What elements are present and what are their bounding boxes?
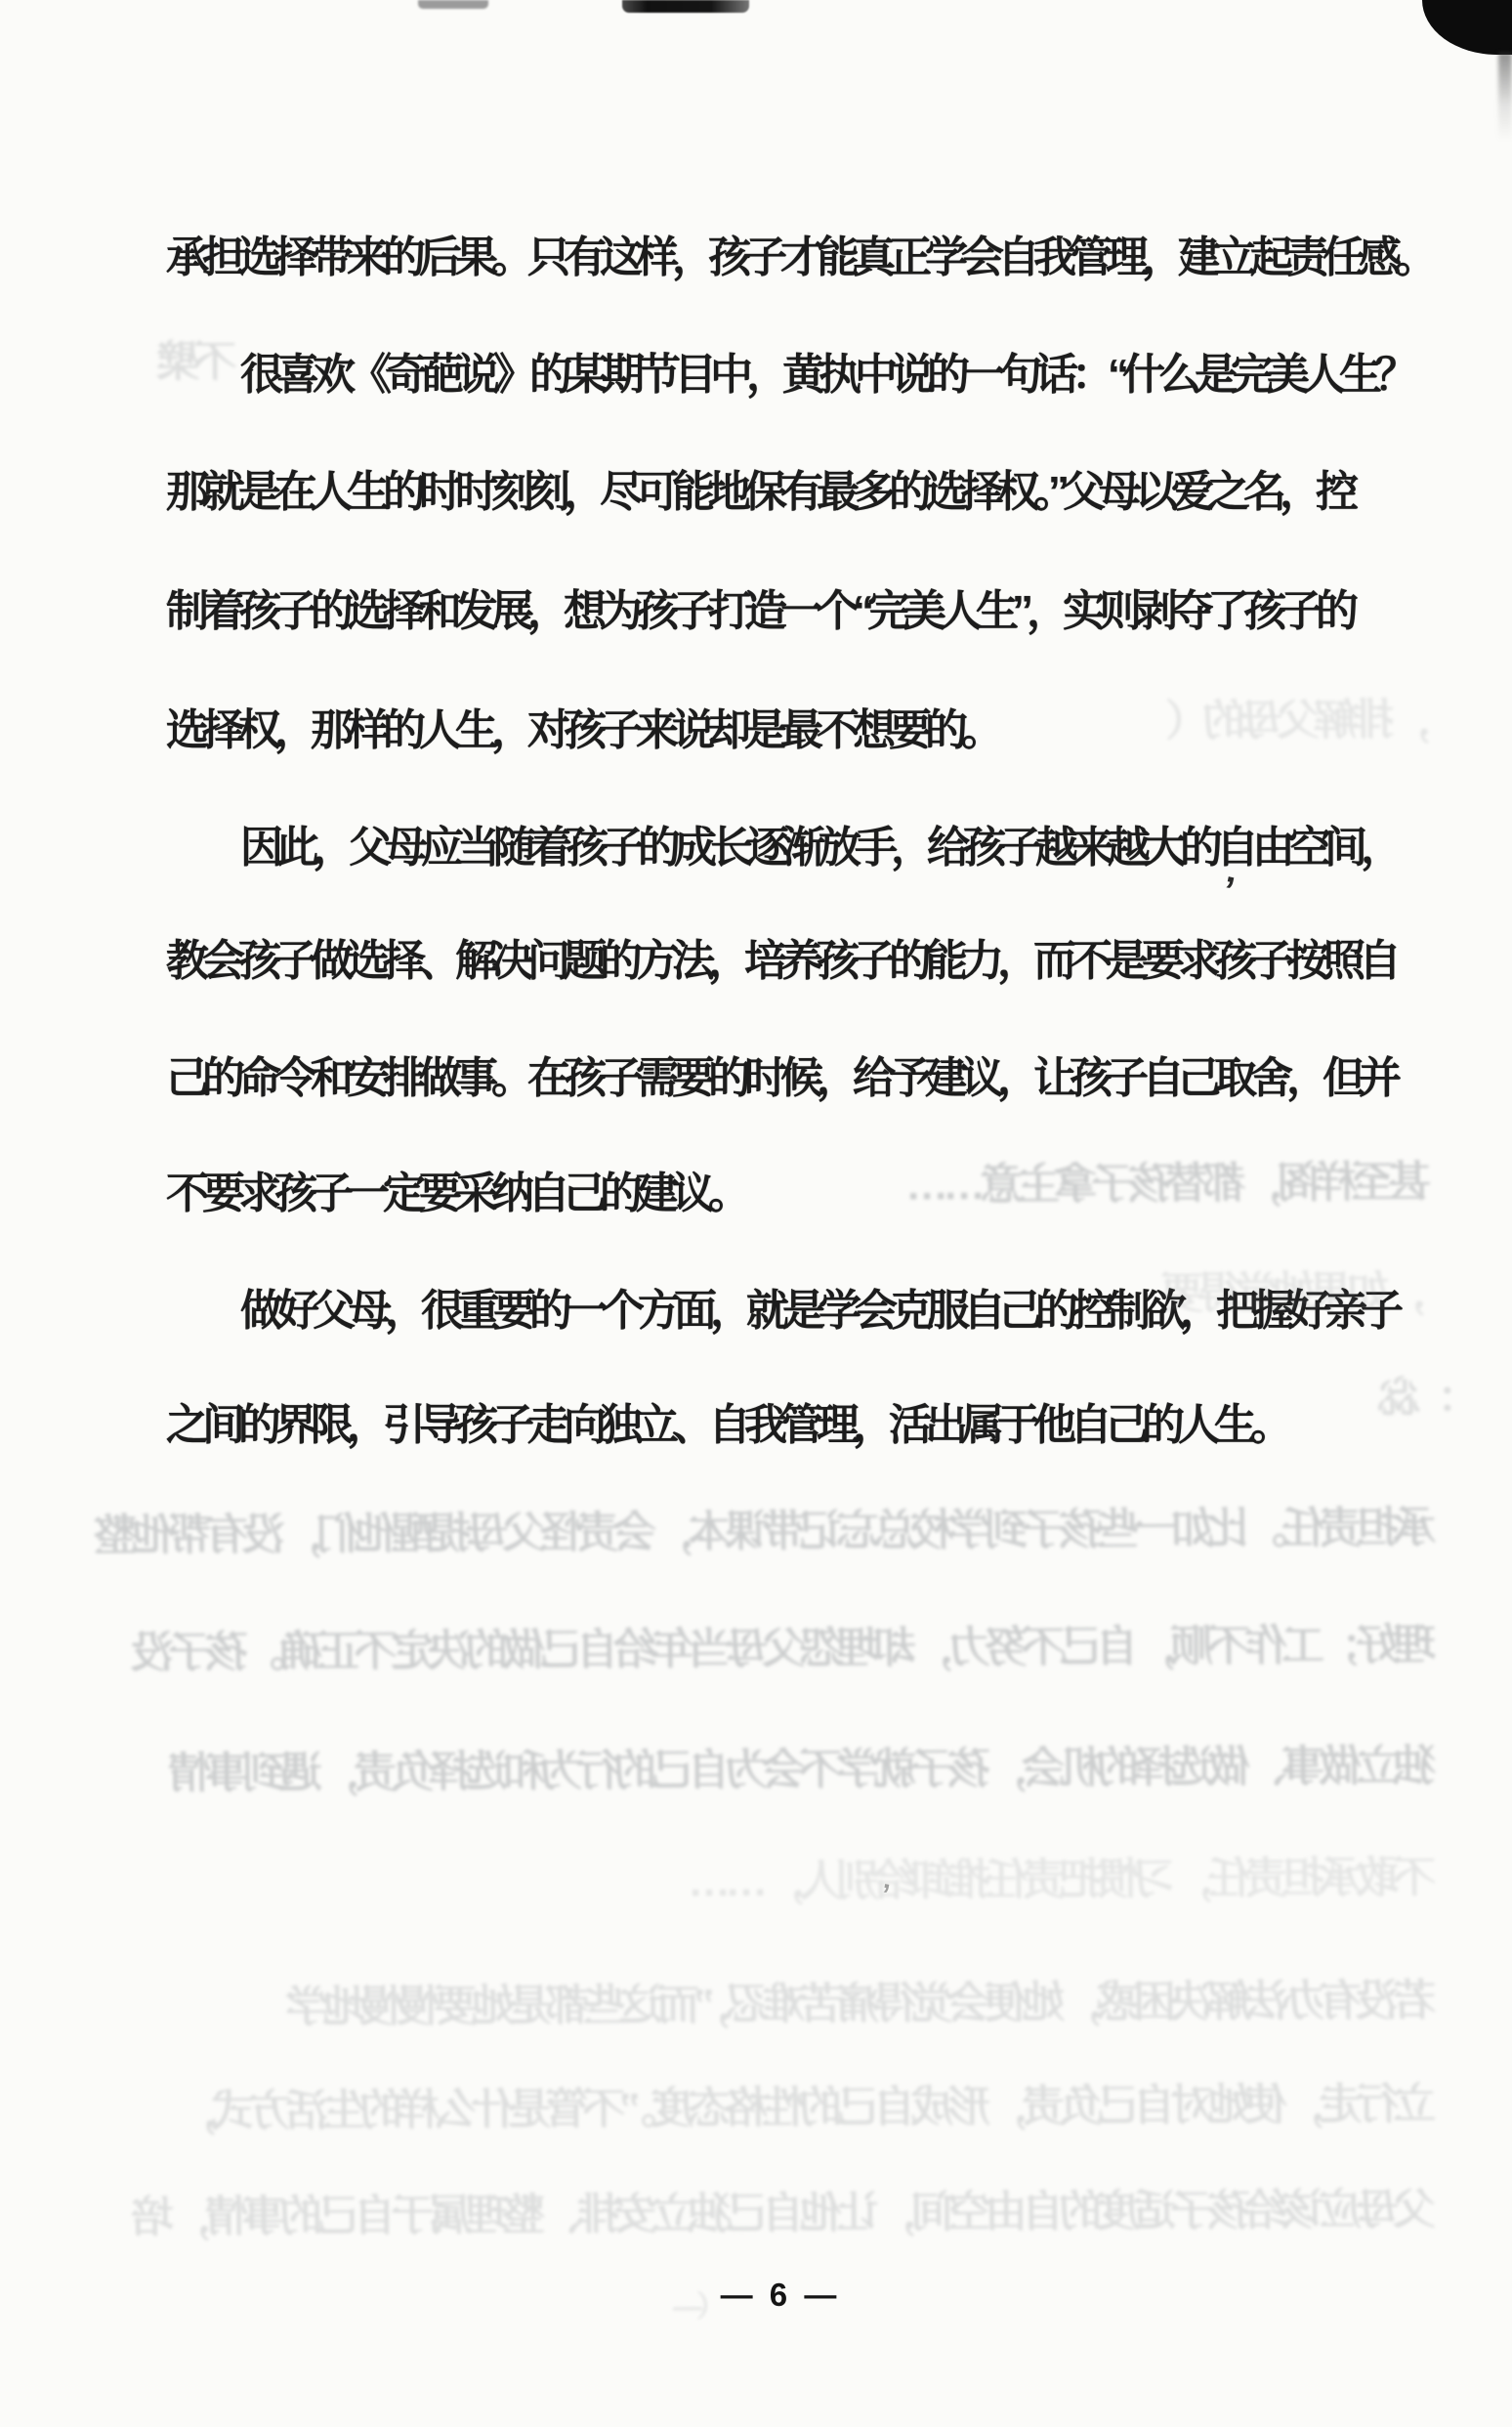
body-line: 很喜欢《奇葩说》的某期节目中，黄执中说的一句话：“什么是完美人生？ <box>240 350 1411 401</box>
body-line: 那就是在人生的时时刻刻，尽可能地保有最多的选择权。”父母以爱之名，控 <box>166 467 1352 518</box>
body-line: 己的命令和安排做事。在孩子需要的时候，给予建议，让孩子自己取舍，但并 <box>166 1053 1395 1104</box>
body-line: 不要求孩子一定要采纳自己的建议。 <box>166 1169 744 1219</box>
scanned-book-page: 承担选择带来的后果。只有这样，孩子才能真正学会自我管理，建立起责任感。 很喜欢《… <box>0 0 1512 2427</box>
bleedthrough-fragment: ，如果她觉得要 <box>1055 1267 1426 1320</box>
bleedthrough-line: 独立做事、做选择的机会，孩子就学不会为自己的行为和选择负责，遇到事情 <box>93 1741 1436 1800</box>
bleedthrough-line: 承担责任。比如一些孩子到学校总忘记带课本，会责怪父母提醒他们，没有帮他整 <box>93 1503 1436 1561</box>
bleedthrough-fragment: ：惢 <box>1321 1373 1457 1425</box>
page-curl-shadow <box>1498 53 1512 141</box>
bleedthrough-line: 不敢承担责任，习惯把责任推卸给别人，…… <box>93 1852 1436 1911</box>
bleedthrough-line: 立行走，使她对自己负责，形成自己的性格态度。”不管是什么样的生活方式， <box>93 2079 1436 2138</box>
body-line: 之间的界限，引导孩子走向独立、自我管理，活出属于他自己的人生。 <box>166 1400 1286 1451</box>
top-edge-smudge-dark <box>622 0 749 13</box>
bleedthrough-fragment: 不檗 <box>90 337 236 389</box>
body-line: 制着孩子的选择和发展，想为孩子打造一个“完美人生”，实则剥夺了孩子的 <box>166 586 1352 637</box>
bleedthrough-fragment: ，排解父母的（ <box>1118 695 1431 747</box>
top-edge-smudge-light <box>418 0 488 9</box>
body-line: 选择权，那样的人生，对孩子来说却是最不想要的。 <box>166 705 997 756</box>
body-line: 教会孩子做选择、解决问题的方法，培养孩子的能力，而不是要求孩子按照自 <box>166 936 1395 987</box>
bleedthrough-line: 父母应该给孩子适度的自由空间，让他自己独立安排、整理属于自己的事情，培 <box>93 2185 1436 2243</box>
body-line: 承担选择带来的后果。只有这样，孩子才能真正学会自我管理，建立起责任感。 <box>166 233 1431 283</box>
page-curl-corner <box>1422 0 1512 55</box>
bleedthrough-fragment: 甚至样阁，都替孩子拿主意…… <box>879 1157 1431 1211</box>
stray-ink-tick: ’ <box>1219 871 1238 911</box>
body-line: 因此，父母应当随着孩子的成长逐渐放手，给孩子越来越大的自由空间， <box>240 823 1397 873</box>
bleedthrough-line: 若没有办法解决困惑，她便会觉得痛苦难忍，”而这些都是她要慢慢地学 <box>93 1976 1436 2034</box>
bleedthrough-line: 理好；工作不顺，自己不努力，却埋怨父母当年给自己做的决定不正确。孩子没 <box>93 1620 1436 1679</box>
page-number: — 6 — <box>658 2277 903 2314</box>
